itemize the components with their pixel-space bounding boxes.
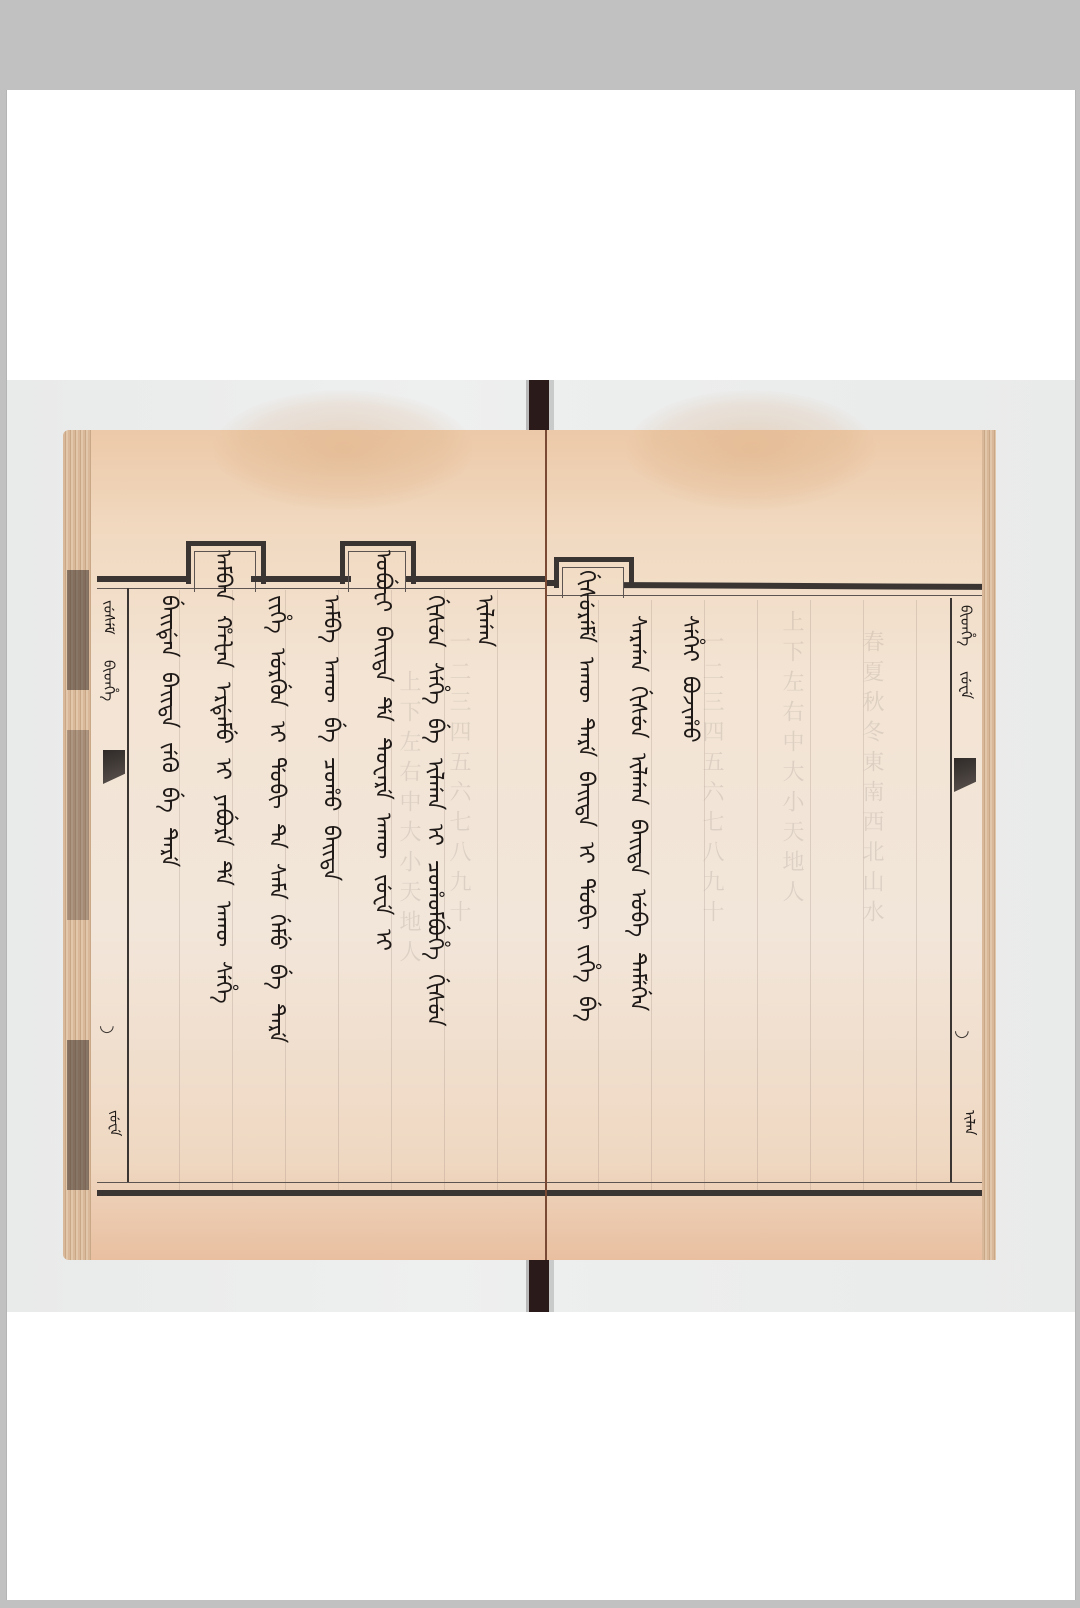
text-column: ᠣᠪᡠᡶᡳᠪᠠᡳᡨᠠᡩᡝᡨᡠᠸᠠᡵᡝᠠᡴᡡᠵᡠᠸᡝᡳ	[369, 550, 407, 965]
margin-column-rule	[127, 588, 129, 1182]
image-viewer-frame: 一二三四五六七八九十 上下左右中大小天地人 ◡ ᠵᡠᠰᡝᠮ ᠪᡳᡨᡥᡝ	[6, 90, 1076, 1600]
text-column: ᡳᠯᡤᠠᠨ	[471, 595, 509, 661]
text-column: ᠠᠮᠪᠠᠠᡴᡡᠪᡝᠴᠣᡥᠣᠪᠠᡳᡨᠠ	[317, 595, 355, 896]
text-column: ᡤᡳᠰᡠᠨᠰᡝᡥᡝᠪᡝᡳᠯᡤᠠᠨᡳᠴᠣᡥᠣᠮᠪᡠᡥᡝᡤᡳᠰᡠᠨ	[421, 595, 459, 1041]
margin-column-rule	[950, 598, 952, 1182]
text-column: ᠪᡝᡳᡩᡝᠨᠪᠠᡳᡨᠠᠵᡝᡴᡠᠪᡝᡨᡝᡵᡝ	[155, 595, 193, 881]
fish-tail-mark	[103, 750, 125, 784]
text-column: ᠠᠮᠪᠠᠨᡥᠠᡶᠠᠨᡝᡵᡩᡝᠮᡠᡳᠶᠠᠪᡠᡵᡝᡩᡝᠠᡴᡡᠰᡝᡥᡝ	[209, 550, 247, 1017]
text-column: ᠰᡝᡥᡝᡳᠪᠣᠵᡳᡥᠣ	[676, 615, 714, 756]
right-page: 一二三四五六七八九十 上下左右中大小天地人 春夏秋冬東南西北山水 ◡ ᠪᡳᡨᡥᡝ…	[546, 430, 996, 1260]
left-margin-title: ᠵᡠᠰᡝᠮ ᠪᡳᡨᡥᡝ	[99, 600, 125, 715]
book-spine	[545, 430, 547, 1260]
margin-circle-mark: ◡	[954, 1020, 970, 1041]
text-column: ᡤᡳᠰᡠᡵᡝᠮᡝᠠᡴᡡᡨᡝᡵᡝᠪᠠᡳᡨᠠᡳᡩᠣᠪᡳᠵᡳᡥᡝᠪᡝ	[572, 570, 610, 1036]
right-margin-title: ᠪᡳᡨᡥᡝ ᠵᡠᠸᡝ	[956, 605, 982, 713]
right-page-number: ᡳᠯᠠᠨ	[960, 1110, 984, 1135]
margin-circle-mark: ◡	[99, 1015, 115, 1036]
text-column: ᠰᠠᡵᡤᠠᠨᡤᡳᠰᡠᠨᡳᠯᡤᠠᠨᠪᠠᡳᡨᠠᡠᠪᠠᡨᡝᠮᡝᡤᡝᠨ	[624, 615, 662, 1025]
left-page: 一二三四五六七八九十 上下左右中大小天地人 ◡ ᠵᡠᠰᡝᠮ ᠪᡳᡨᡥᡝ	[63, 430, 546, 1260]
text-column: ᠵᡳᡥᡝᡠᡵᡤᡠᠨᡳᡩᠣᠪᡳᡨᡝᠰᠠᠮᠠᡤᡝᠮᡠᠪᡝᡨᡝᡵᡝ	[263, 595, 301, 1058]
open-book: 一二三四五六七八九十 上下左右中大小天地人 ◡ ᠵᡠᠰᡝᠮ ᠪᡳᡨᡥᡝ	[63, 430, 1013, 1260]
book-stand-top	[526, 380, 554, 430]
fish-tail-mark	[954, 758, 976, 792]
left-page-number: ᠵᡠᠸᡝ	[105, 1110, 129, 1136]
right-page-edge	[982, 430, 996, 1260]
book-photograph: 一二三四五六七八九十 上下左右中大小天地人 ◡ ᠵᡠᠰᡝᠮ ᠪᡳᡨᡥᡝ	[7, 380, 1075, 1312]
